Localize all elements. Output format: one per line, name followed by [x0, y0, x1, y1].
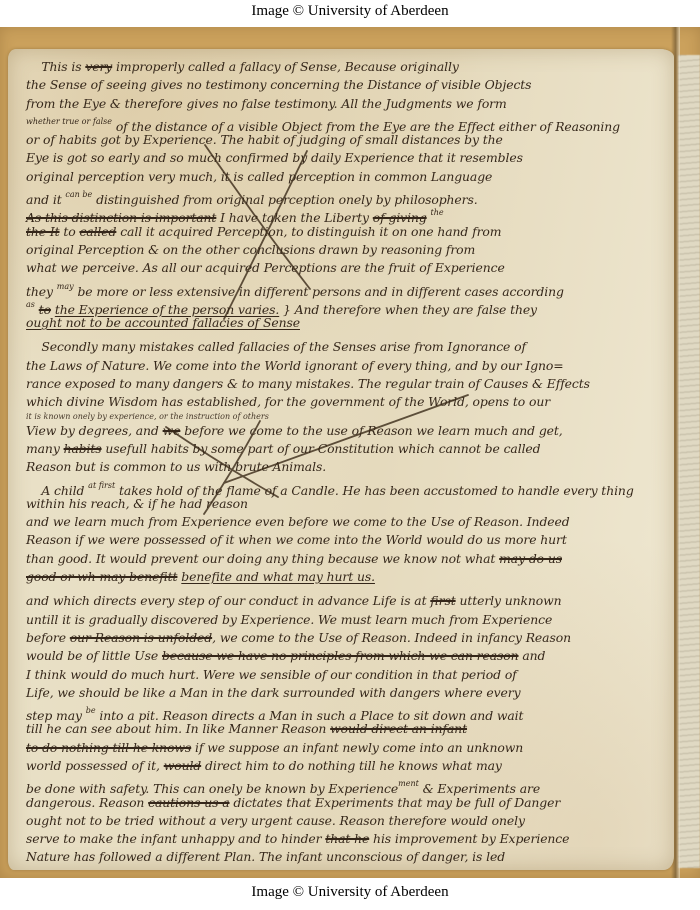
handwritten-text: untill it is gradually discovered by Exp… [26, 612, 552, 627]
handwritten-text: and which directs every step of our cond… [26, 593, 430, 608]
manuscript-line: As this distinction is important I have … [26, 204, 676, 222]
underlined-text: benefite and what may hurt us. [181, 569, 375, 584]
struck-text: may do us [499, 551, 562, 566]
manuscript-line: rance exposed to many dangers & to many … [26, 375, 676, 393]
handwritten-text: world possessed of it, [26, 758, 164, 773]
manuscript-line: Eye is got so early and so much confirme… [26, 149, 676, 167]
handwritten-text: what we perceive. As all our acquired Pe… [26, 260, 505, 275]
struck-text: first [430, 593, 455, 608]
handwritten-text: which divine Wisdom has established, for… [26, 394, 550, 409]
handwritten-text: the Sense of seeing gives no testimony c… [26, 77, 531, 92]
interlinear-insertion: as [26, 300, 35, 309]
interlinear-insertion: ment [398, 779, 419, 788]
struck-text: would [164, 758, 201, 773]
handwritten-text: than good. It would prevent our doing an… [26, 551, 499, 566]
handwritten-text: ought not to be tried without a very urg… [26, 813, 525, 828]
manuscript-line: to do nothing till he knows if we suppos… [26, 739, 676, 757]
struck-text: cautions us a [148, 795, 229, 810]
manuscript-line: View by degrees, and we before we come t… [26, 422, 676, 440]
interlinear-insertion: at first [88, 481, 115, 490]
struck-text: would direct an infant [330, 721, 467, 736]
handwritten-text: dictates that Experiments that may be fu… [230, 795, 561, 810]
struck-text: the It [26, 224, 60, 239]
scan-background-mat: This is very improperly called a fallacy… [0, 27, 700, 878]
manuscript-line: it is known onely by experience, or the … [26, 412, 676, 422]
manuscript-line: Nature has followed a different Plan. Th… [26, 848, 676, 866]
manuscript-line: be done with safety. This can onely be k… [26, 775, 676, 793]
manuscript-line: dangerous. Reason cautions us a dictates… [26, 794, 676, 812]
manuscript-line: Secondly many mistakes called fallacies … [26, 338, 676, 356]
handwritten-text: within his reach, & if he had reason [26, 496, 248, 511]
handwritten-text: and [519, 648, 546, 663]
handwritten-text: serve to make the infant unhappy and to … [26, 831, 325, 846]
manuscript-line: original perception very much, it is cal… [26, 168, 676, 186]
struck-text: because we have no principles from which… [162, 648, 519, 663]
handwritten-text: would be of little Use [26, 648, 162, 663]
handwritten-text: original perception very much, it is cal… [26, 169, 492, 184]
adjacent-page-edge [678, 55, 700, 868]
struck-text: our Reason is unfolded [70, 630, 212, 645]
manuscript-line: from the Eye & therefore gives no false … [26, 95, 676, 113]
handwritten-text: Reason but is common to us with brute An… [26, 459, 326, 474]
handwritten-text: direct him to do nothing till he knows w… [201, 758, 502, 773]
manuscript-line: world possessed of it, would direct him … [26, 757, 676, 775]
interlinear-insertion: the [431, 208, 444, 217]
interlinear-insertion: whether true or false [26, 117, 112, 126]
handwritten-text: if we suppose an infant newly come into … [191, 740, 523, 755]
handwritten-text: Life, we should be like a Man in the dar… [26, 685, 521, 700]
manuscript-line: step may be into a pit. Reason directs a… [26, 702, 676, 720]
handwritten-text: Secondly many mistakes called fallacies … [26, 339, 526, 354]
manuscript-line: before our Reason is unfolded, we come t… [26, 629, 676, 647]
manuscript-line: ought not to be tried without a very urg… [26, 812, 676, 830]
manuscript-line: good or wh may benefitt benefite and wha… [26, 568, 676, 586]
handwritten-text: usefull habits by some part of our Const… [102, 441, 541, 456]
handwritten-text: before [26, 630, 70, 645]
handwritten-text: or of habits got by Experience. The habi… [26, 132, 503, 147]
manuscript-line: original Perception & on the other concl… [26, 241, 676, 259]
handwritten-text: Eye is got so early and so much confirme… [26, 150, 523, 165]
manuscript-line: whether true or false of the distance of… [26, 113, 676, 131]
manuscript-line: This is very improperly called a fallacy… [26, 58, 676, 76]
manuscript-line: which divine Wisdom has established, for… [26, 393, 676, 411]
manuscript-line: the Sense of seeing gives no testimony c… [26, 76, 676, 94]
handwritten-text: This is [26, 59, 85, 74]
manuscript-line: till he can see about him. In like Manne… [26, 720, 676, 738]
manuscript-line: A child at first takes hold of the flame… [26, 477, 676, 495]
handwritten-text: improperly called a fallacy of Sense, Be… [112, 59, 459, 74]
manuscript-line: Life, we should be like a Man in the dar… [26, 684, 676, 702]
manuscript-line: many habits usefull habits by some part … [26, 440, 676, 458]
manuscript-text: This is very improperly called a fallacy… [26, 58, 676, 867]
handwritten-text: from the Eye & therefore gives no false … [26, 96, 507, 111]
interlinear-insertion: can be [65, 190, 92, 199]
manuscript-line: the It to called call it acquired Percep… [26, 223, 676, 241]
manuscript-line: Reason but is common to us with brute An… [26, 458, 676, 476]
struck-text: good or wh may benefitt [26, 569, 177, 584]
struck-text: we [163, 423, 181, 438]
handwritten-text: Reason if we were possessed of it when w… [26, 532, 567, 547]
manuscript-line: than good. It would prevent our doing an… [26, 550, 676, 568]
underlined-text: ought not to be accounted fallacies of S… [26, 315, 300, 330]
handwritten-text: call it acquired Perception, to distingu… [116, 224, 501, 239]
manuscript-line: as to the Experience of the person varie… [26, 296, 676, 314]
manuscript-line: and we learn much from Experience even b… [26, 513, 676, 531]
interlinear-insertion: may [57, 282, 74, 291]
manuscript-line: and which directs every step of our cond… [26, 592, 676, 610]
handwritten-text: } And therefore when they are false they [279, 302, 537, 317]
interlinear-insertion: be [86, 706, 96, 715]
handwritten-text: it is known onely by experience, or the … [26, 412, 269, 421]
handwritten-text: dangerous. Reason [26, 795, 148, 810]
handwritten-text: many [26, 441, 64, 456]
struck-text: very [85, 59, 112, 74]
manuscript-line: the Laws of Nature. We come into the Wor… [26, 357, 676, 375]
handwritten-text: original Perception & on the other concl… [26, 242, 475, 257]
handwritten-text: till he can see about him. In like Manne… [26, 721, 330, 736]
handwritten-text: I think would do much hurt. Were we sens… [26, 667, 517, 682]
image-credit-top: Image © University of Aberdeen [0, 3, 700, 20]
manuscript-line: and it can be distinguished from origina… [26, 186, 676, 204]
struck-text: habits [64, 441, 102, 456]
handwritten-text: and we learn much from Experience even b… [26, 514, 570, 529]
handwritten-text: to [60, 224, 80, 239]
handwritten-text: rance exposed to many dangers & to many … [26, 376, 590, 391]
manuscript-line: untill it is gradually discovered by Exp… [26, 611, 676, 629]
manuscript-line: Reason if we were possessed of it when w… [26, 531, 676, 549]
struck-text: that he [325, 831, 369, 846]
handwritten-text: View by degrees, and [26, 423, 163, 438]
handwritten-text: the Laws of Nature. We come into the Wor… [26, 358, 564, 373]
struck-text: called [79, 224, 116, 239]
handwritten-text: before we come to the use of Reason we l… [180, 423, 562, 438]
image-credit-bottom: Image © University of Aberdeen [0, 884, 700, 901]
handwritten-text: his improvement by Experience [369, 831, 569, 846]
manuscript-line: serve to make the infant unhappy and to … [26, 830, 676, 848]
manuscript-line: they may be more or less extensive in di… [26, 278, 676, 296]
manuscript-line: I think would do much hurt. Were we sens… [26, 666, 676, 684]
manuscript-line: what we perceive. As all our acquired Pe… [26, 259, 676, 277]
handwritten-text: utterly unknown [456, 593, 562, 608]
handwritten-text: Nature has followed a different Plan. Th… [26, 849, 505, 864]
handwritten-text: , we come to the Use of Reason. Indeed i… [212, 630, 571, 645]
scanned-manuscript-viewer: Image © University of Aberdeen This is v… [0, 0, 700, 910]
struck-text: to do nothing till he knows [26, 740, 191, 755]
manuscript-line: would be of little Use because we have n… [26, 647, 676, 665]
